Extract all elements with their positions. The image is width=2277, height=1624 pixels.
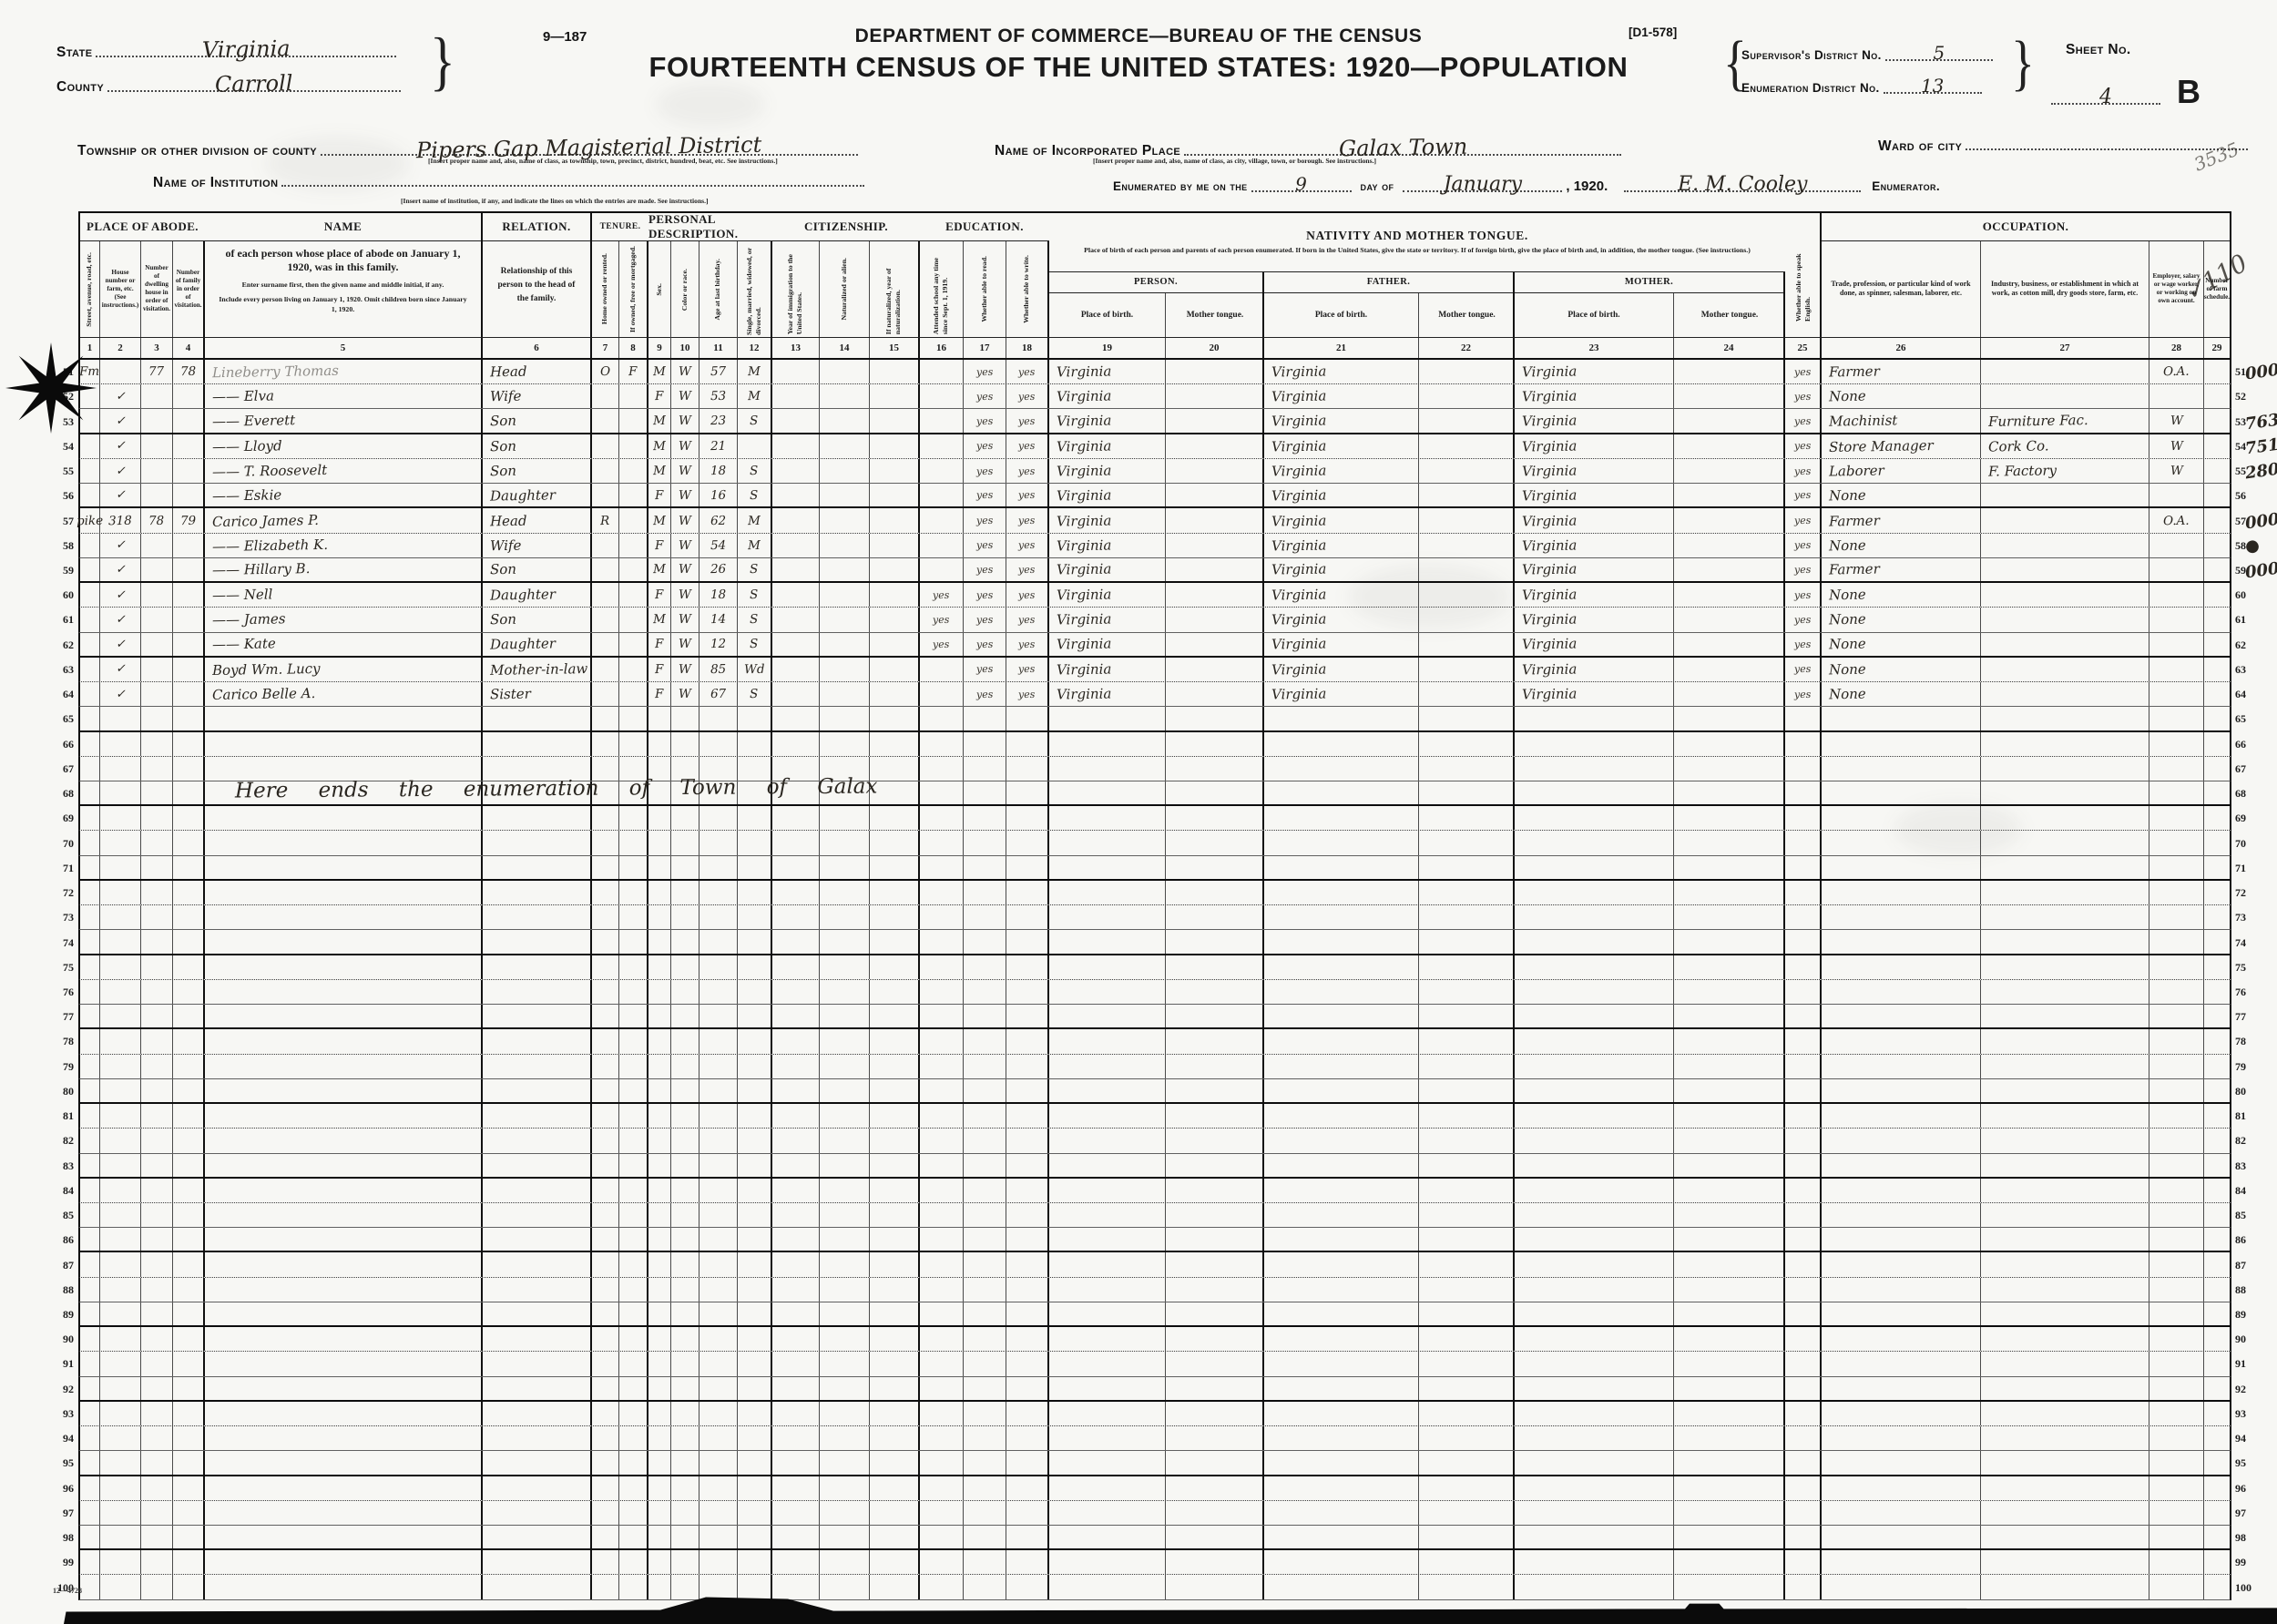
cell-col20 [1166, 1079, 1264, 1102]
cell-col14 [820, 484, 870, 506]
cell-col14 [820, 930, 870, 953]
cell-dwelling [141, 905, 173, 929]
cell-industry [1981, 1079, 2149, 1102]
cell-read [964, 1501, 1006, 1525]
cell-english [1785, 1426, 1822, 1450]
entry-age: 54 [710, 538, 726, 553]
cell-employment [2149, 682, 2204, 706]
entry-employment: W [2170, 464, 2182, 478]
table-row: 7373 [53, 905, 2277, 930]
cell-read [964, 1179, 1006, 1202]
cell-sex [648, 1451, 671, 1474]
cell-col20 [1166, 384, 1264, 408]
cell-employment [2149, 1426, 2204, 1450]
cell-marital [738, 732, 772, 756]
cell-col22 [1419, 409, 1515, 432]
cell-mortgage [619, 1426, 648, 1450]
row-cells [78, 1029, 2231, 1054]
township-note: [Insert proper name and, also, name of c… [428, 157, 778, 165]
cell-name [205, 1402, 483, 1425]
cell-read: yes [964, 459, 1006, 483]
table-row: 9595 [53, 1451, 2277, 1476]
row-cells: Here ends the enumeration of Town of Gal… [78, 781, 2231, 806]
cell-col13 [772, 980, 820, 1004]
cell-english [1785, 1154, 1822, 1177]
entry-name: Carico Belle A. [212, 685, 316, 703]
cell-sex [648, 1055, 671, 1078]
cell-relation [483, 1451, 592, 1474]
cell-pob [1049, 1278, 1166, 1302]
entry-dwelling: 78 [148, 513, 164, 527]
entry-trade: Farmer [1829, 363, 1880, 381]
cell-write [1006, 1203, 1049, 1227]
cell-age [699, 1377, 738, 1400]
cell-trade [1822, 1252, 1981, 1276]
cell-home [592, 1302, 619, 1325]
cell-pob_mother [1515, 1451, 1674, 1474]
entry-house: ✓ [115, 563, 125, 577]
cell-marital [738, 881, 772, 904]
cell-farm [2204, 384, 2230, 408]
cell-color [671, 1550, 699, 1574]
cell-marital: S [738, 682, 772, 706]
entry-english: yes [1794, 589, 1812, 601]
cell-family [173, 1005, 205, 1027]
cell-color [671, 856, 699, 879]
cell-english [1785, 856, 1822, 879]
cell-mortgage [619, 1377, 648, 1400]
cell-marital: M [738, 360, 772, 383]
line-number-left: 96 [53, 1476, 78, 1501]
cell-col24 [1674, 1252, 1785, 1276]
cell-school [920, 508, 964, 532]
entry-pob: Virginia [1057, 486, 1112, 504]
cell-col15 [870, 1575, 920, 1598]
cell-col13 [772, 905, 820, 929]
cell-col24 [1674, 1575, 1785, 1598]
cell-col24 [1674, 1278, 1785, 1302]
cell-mortgage [619, 1302, 648, 1325]
cell-school [920, 707, 964, 730]
cell-trade: Farmer [1822, 508, 1981, 532]
cell-family [173, 608, 205, 631]
cell-street [80, 1104, 100, 1128]
cell-read [964, 1302, 1006, 1325]
cell-house: ✓ [100, 658, 141, 681]
cell-col14 [820, 409, 870, 432]
cell-age [699, 1104, 738, 1128]
cell-family [173, 881, 205, 904]
cell-school [920, 484, 964, 506]
cell-col22 [1419, 534, 1515, 557]
cell-col22 [1419, 980, 1515, 1004]
table-row: 8484 [53, 1179, 2277, 1203]
cell-col22 [1419, 484, 1515, 506]
supervisor-row: Supervisor's District No. 5 [1741, 42, 1993, 64]
cell-employment [2149, 1327, 2204, 1351]
cell-write [1006, 1377, 1049, 1400]
cell-english [1785, 1476, 1822, 1500]
cell-pob_father [1264, 1278, 1419, 1302]
cell-name [205, 1327, 483, 1351]
cell-color [671, 1451, 699, 1474]
cell-school [920, 409, 964, 432]
cell-marital [738, 1526, 772, 1548]
cell-col24 [1674, 1501, 1785, 1525]
cell-color [671, 806, 699, 830]
line-number-right: 55280 [2231, 459, 2277, 484]
row-cells [78, 1278, 2231, 1302]
cell-employment [2149, 583, 2204, 607]
cell-read: yes [964, 384, 1006, 408]
entry-color: W [679, 389, 691, 403]
cell-col14 [820, 1079, 870, 1102]
cell-relation [483, 707, 592, 730]
cell-industry [1981, 781, 2149, 804]
table-row: 7676 [53, 980, 2277, 1005]
cell-col14 [820, 1154, 870, 1177]
entry-english: yes [1794, 414, 1812, 426]
cell-col14 [820, 459, 870, 483]
cell-pob_mother [1515, 1352, 1674, 1375]
entry-name: —— Nell [212, 587, 273, 604]
cell-pob_mother [1515, 1526, 1674, 1548]
cell-name [205, 1501, 483, 1525]
cell-read [964, 881, 1006, 904]
cell-col13 [772, 732, 820, 756]
cell-mortgage [619, 484, 648, 506]
entry-age: 14 [710, 612, 726, 627]
scan-smudge [656, 82, 765, 128]
cell-col13 [772, 583, 820, 607]
cell-col20 [1166, 1055, 1264, 1078]
cell-name: Carico Belle A. [205, 682, 483, 706]
cell-school [920, 1228, 964, 1251]
cell-age [699, 1005, 738, 1027]
cell-street [80, 1377, 100, 1400]
cell-color: W [671, 682, 699, 706]
cell-col24 [1674, 831, 1785, 854]
line-number-left: 73 [53, 905, 78, 930]
cell-col20 [1166, 831, 1264, 854]
cell-employment: W [2149, 459, 2204, 483]
entry-pob_mother: Virginia [1522, 388, 1578, 405]
cell-trade: None [1822, 534, 1981, 557]
cell-col13 [772, 1252, 820, 1276]
enumerator-line: E. M. Cooley [1624, 173, 1861, 192]
cell-industry [1981, 757, 2149, 781]
cell-pob [1049, 1426, 1166, 1450]
cell-home [592, 1550, 619, 1574]
cell-pob_father [1264, 856, 1419, 879]
cell-english [1785, 806, 1822, 830]
cell-col15 [870, 1526, 920, 1548]
cell-color [671, 1501, 699, 1525]
entry-sex: F [655, 662, 664, 677]
cell-col13 [772, 1104, 820, 1128]
cell-col22 [1419, 856, 1515, 879]
table-row: 8383 [53, 1154, 2277, 1179]
line-number-left: 55 [53, 459, 78, 484]
cell-employment [2149, 1402, 2204, 1425]
cell-farm [2204, 1005, 2230, 1027]
entry-write: yes [1018, 564, 1036, 576]
table-row: 8181 [53, 1104, 2277, 1129]
line-number-right: 75 [2231, 955, 2277, 980]
column-header-3: Number of dwelling house in order of vis… [141, 241, 173, 337]
cell-name: —— James [205, 608, 483, 631]
cell-mortgage [619, 1079, 648, 1102]
entry-name: —— Lloyd [212, 437, 282, 455]
cell-mortgage [619, 1129, 648, 1152]
entry-pob_father: Virginia [1271, 636, 1327, 653]
cell-trade [1822, 831, 1981, 854]
cell-read [964, 856, 1006, 879]
cell-write [1006, 757, 1049, 781]
cell-dwelling [141, 1327, 173, 1351]
cell-marital [738, 1352, 772, 1375]
cell-house [100, 1501, 141, 1525]
entry-sex: F [655, 389, 664, 403]
cell-age [699, 1154, 738, 1177]
cell-col14 [820, 806, 870, 830]
cell-pob_father [1264, 955, 1419, 979]
cell-farm [2204, 1426, 2230, 1450]
line-number-left: 57 [53, 508, 78, 533]
cell-relation [483, 980, 592, 1004]
cell-industry [1981, 980, 2149, 1004]
cell-col14 [820, 905, 870, 929]
line-number-left: 89 [53, 1302, 78, 1327]
entry-house: ✓ [115, 538, 125, 552]
cell-col15 [870, 1005, 920, 1027]
cell-pob [1049, 1055, 1166, 1078]
cell-farm [2204, 1402, 2230, 1425]
entry-trade: None [1829, 661, 1866, 679]
cell-trade [1822, 1302, 1981, 1325]
entry-write: yes [1018, 688, 1036, 700]
page-title: FOURTEENTH CENSUS OF THE UNITED STATES: … [364, 51, 1913, 84]
cell-street [80, 831, 100, 854]
cell-col13 [772, 707, 820, 730]
cell-school [920, 781, 964, 804]
cell-family [173, 1402, 205, 1425]
entry-school: yes [933, 614, 950, 626]
cell-col20 [1166, 484, 1264, 506]
cell-dwelling [141, 459, 173, 483]
cell-street [80, 707, 100, 730]
cell-mortgage [619, 1203, 648, 1227]
relation-instruction: Relationship of this person to the head … [492, 265, 581, 307]
cell-pob_mother [1515, 831, 1674, 854]
cell-pob: Virginia [1049, 658, 1166, 681]
cell-col22 [1419, 1501, 1515, 1525]
cell-marital [738, 1302, 772, 1325]
cell-col15 [870, 1055, 920, 1078]
cell-english [1785, 1252, 1822, 1276]
cell-name [205, 1575, 483, 1598]
cell-marital [738, 1055, 772, 1078]
cell-school: yes [920, 633, 964, 656]
column-header-24: Mother tongue. [1674, 293, 1785, 337]
cell-farm [2204, 1228, 2230, 1251]
entry-pob_mother: Virginia [1522, 463, 1578, 480]
line-number-right: 67 [2231, 757, 2277, 781]
cell-col14 [820, 856, 870, 879]
cell-farm [2204, 484, 2230, 506]
cell-age [699, 707, 738, 730]
cell-col13 [772, 1203, 820, 1227]
row-cells: pike3187879Carico James P.HeadRMW62Myesy… [78, 508, 2231, 533]
cell-name [205, 1526, 483, 1548]
column-header-26: Trade, profession, or particular kind of… [1822, 241, 1981, 337]
cell-pob_mother [1515, 1501, 1674, 1525]
line-number-right: 63 [2231, 658, 2277, 682]
table-row: 51Fm7778Lineberry ThomasHeadOFMW57Myesye… [53, 360, 2277, 384]
cell-sex [648, 1005, 671, 1027]
cell-mortgage [619, 409, 648, 432]
column-label: Number of farm schedule. [2204, 275, 2230, 303]
cell-name [205, 1451, 483, 1474]
table-row: 58✓—— Elizabeth K.WifeFW54MyesyesVirgini… [53, 534, 2277, 558]
column-label: Whether able to write. [1022, 252, 1031, 326]
cell-col22 [1419, 682, 1515, 706]
nativity-label-row: Place of birth.Mother tongue. [1515, 293, 1783, 337]
cell-col13 [772, 1302, 820, 1325]
cell-marital [738, 930, 772, 953]
entry-pob_father: Virginia [1271, 413, 1327, 430]
cell-col15 [870, 508, 920, 532]
cell-dwelling: 77 [141, 360, 173, 383]
entry-house: ✓ [115, 464, 125, 477]
cell-house [100, 757, 141, 781]
cell-relation [483, 1476, 592, 1500]
cell-col24 [1674, 757, 1785, 781]
cell-house [100, 732, 141, 756]
column-header-1: Street, avenue, road, etc. [80, 241, 100, 337]
cell-relation: Son [483, 434, 592, 458]
cell-english [1785, 1550, 1822, 1574]
cell-dwelling [141, 1029, 173, 1053]
cell-col13 [772, 1079, 820, 1102]
cell-age [699, 1079, 738, 1102]
line-number-left: 93 [53, 1402, 78, 1426]
cell-industry [1981, 484, 2149, 506]
cell-col20 [1166, 1327, 1264, 1351]
cell-home [592, 1377, 619, 1400]
entry-pob: Virginia [1057, 363, 1112, 381]
cell-read [964, 1029, 1006, 1053]
cell-school: yes [920, 608, 964, 631]
table-row: 54✓—— LloydSonMW21yesyesVirginiaVirginia… [53, 434, 2277, 459]
column-number: 27 [1981, 338, 2149, 358]
cell-col14 [820, 1501, 870, 1525]
cell-trade [1822, 930, 1981, 953]
row-cells [78, 707, 2231, 731]
entry-pob_father: Virginia [1271, 512, 1327, 529]
entry-marital: Wd [744, 662, 765, 677]
cell-english [1785, 980, 1822, 1004]
cell-house [100, 881, 141, 904]
cell-col20 [1166, 508, 1264, 532]
cell-write [1006, 1426, 1049, 1450]
cell-pob_father [1264, 1402, 1419, 1425]
cell-home [592, 856, 619, 879]
cell-street [80, 583, 100, 607]
cell-col22 [1419, 1476, 1515, 1500]
cell-age [699, 1352, 738, 1375]
entry-name: Lineberry Thomas [212, 363, 339, 381]
cell-marital [738, 1079, 772, 1102]
nativity-banner: NATIVITY AND MOTHER TONGUE.Place of birt… [1049, 213, 1785, 272]
cell-home [592, 980, 619, 1004]
cell-pob_father [1264, 1501, 1419, 1525]
entry-read: yes [976, 589, 994, 601]
state-label: State [56, 45, 92, 60]
cell-sex: M [648, 434, 671, 458]
cell-pob_father: Virginia [1264, 534, 1419, 557]
row-cells [78, 1154, 2231, 1179]
cell-color [671, 1154, 699, 1177]
cell-dwelling [141, 1278, 173, 1302]
cell-trade [1822, 881, 1981, 904]
cell-write [1006, 1327, 1049, 1351]
entry-name: Boyd Wm. Lucy [212, 660, 321, 679]
entry-marital: M [748, 538, 761, 553]
entry-marital: S [750, 562, 759, 577]
cell-trade [1822, 1154, 1981, 1177]
entry-industry: F. Factory [1988, 462, 2057, 479]
cell-dwelling [141, 781, 173, 804]
cell-write [1006, 1451, 1049, 1474]
cell-farm [2204, 1352, 2230, 1375]
entry-house: ✓ [115, 688, 125, 701]
cell-col14 [820, 707, 870, 730]
cell-english: yes [1785, 409, 1822, 432]
cell-col22 [1419, 1228, 1515, 1251]
sheet-label: Sheet No. [2066, 42, 2131, 58]
cell-col14 [820, 1352, 870, 1375]
cell-school [920, 1252, 964, 1276]
cell-house [100, 930, 141, 953]
entry-name: —— Kate [212, 636, 276, 653]
cell-col24 [1674, 1154, 1785, 1177]
cell-relation [483, 1302, 592, 1325]
enumeration-value: 13 [1921, 75, 1944, 97]
cell-color: W [671, 633, 699, 656]
cell-col14 [820, 658, 870, 681]
enumerator-label: Enumerator. [1872, 179, 1940, 193]
line-number-right: 85 [2231, 1203, 2277, 1228]
cell-home [592, 1501, 619, 1525]
line-number-left: 74 [53, 930, 78, 955]
entry-pob_mother: Virginia [1522, 437, 1578, 455]
cell-color [671, 1476, 699, 1500]
table-row: 8080 [53, 1079, 2277, 1104]
cell-pob_father [1264, 1129, 1419, 1152]
cell-school [920, 1278, 964, 1302]
line-number-left: 99 [53, 1550, 78, 1575]
cell-school [920, 905, 964, 929]
cell-english: yes [1785, 384, 1822, 408]
line-number-right: 77 [2231, 1005, 2277, 1029]
cell-family [173, 1104, 205, 1128]
cell-read: yes [964, 608, 1006, 631]
cell-pob_father: Virginia [1264, 508, 1419, 532]
entry-pob_father: Virginia [1271, 437, 1327, 455]
cell-age: 62 [699, 508, 738, 532]
cell-home [592, 1451, 619, 1474]
